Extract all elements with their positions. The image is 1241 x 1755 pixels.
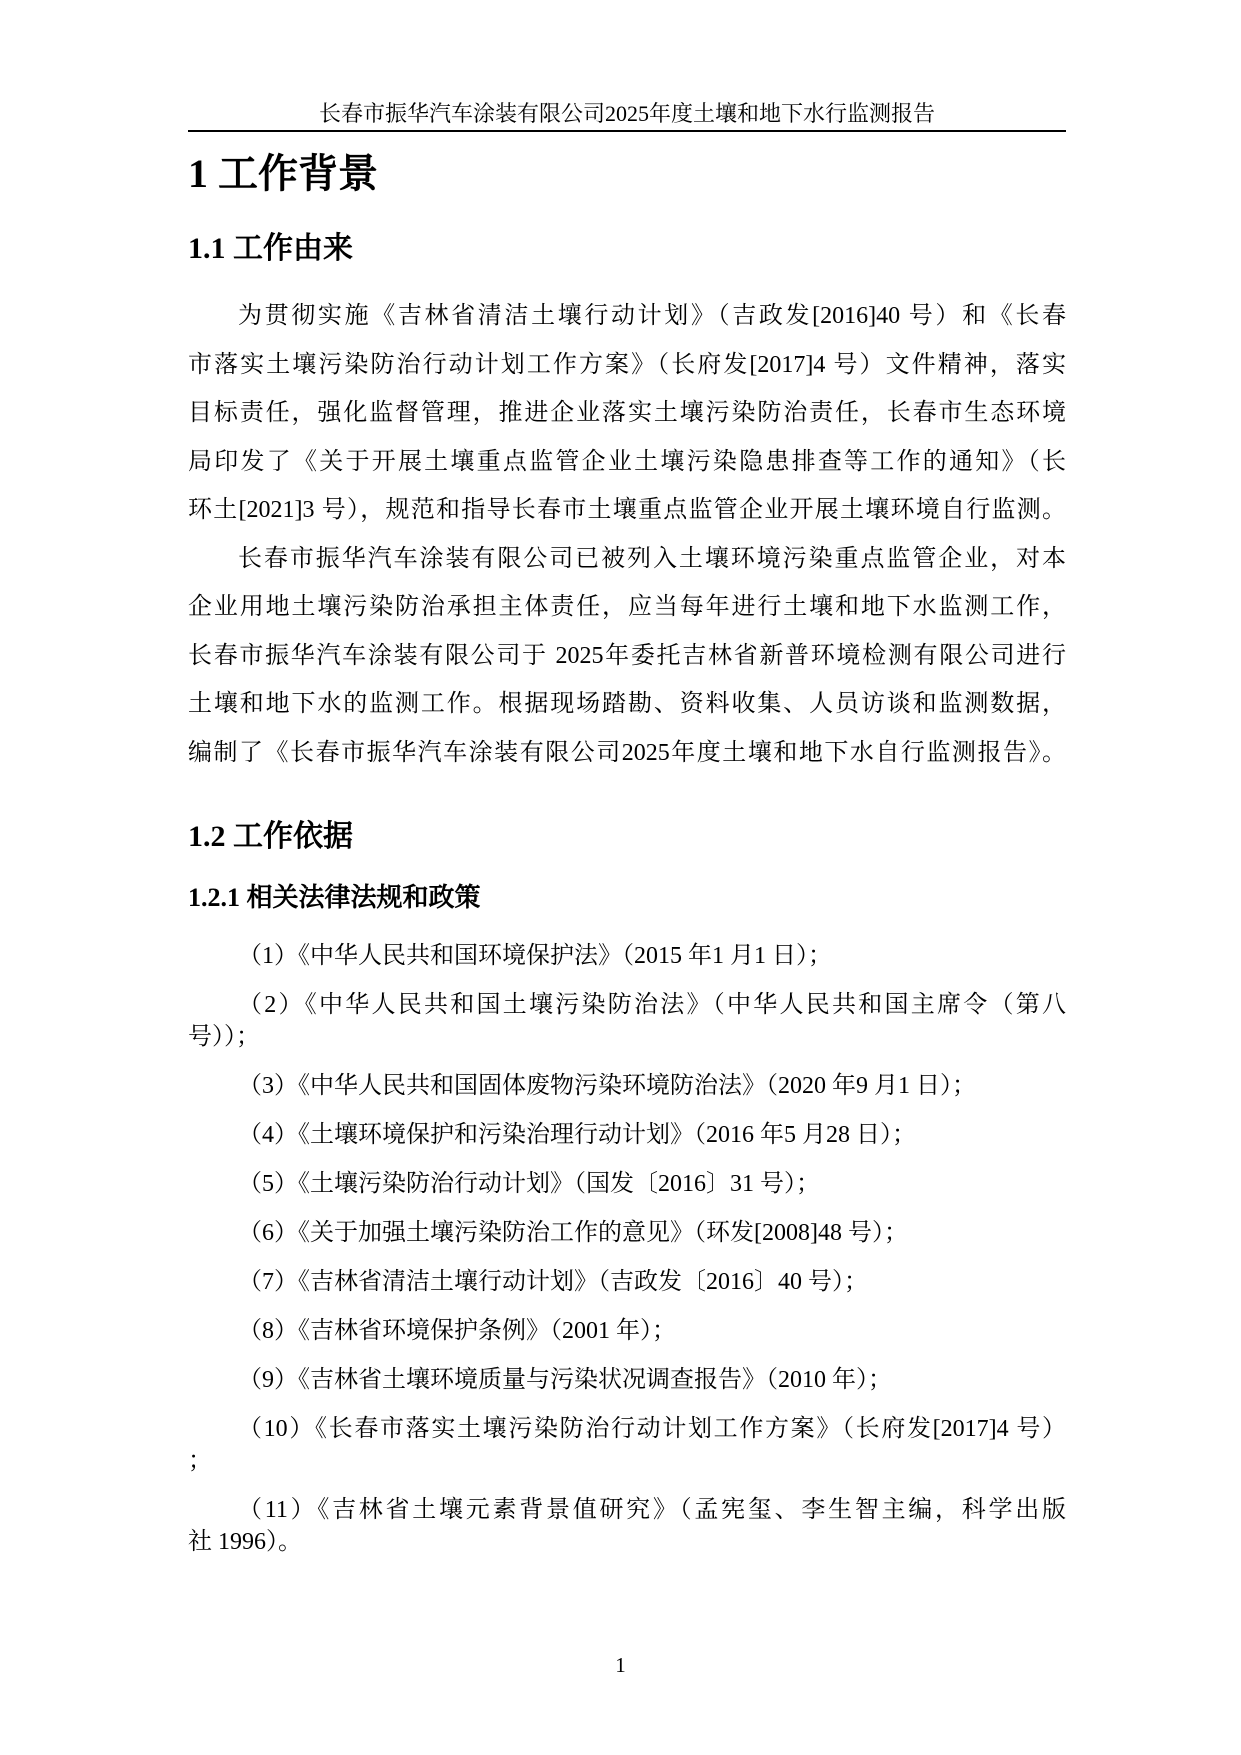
- law-item-5: （5）《土壤污染防治行动计划》（国发〔2016〕31 号）；: [188, 1168, 1066, 1200]
- running-header: 长春市振华汽车涂装有限公司2025年度土壤和地下水行监测报告: [188, 100, 1066, 132]
- law-item-9: （9）《吉林省土壤环境质量与污染状况调查报告》（2010 年）；: [188, 1364, 1066, 1396]
- law-item-line: （10）《长春市落实土壤污染防治行动计划工作方案》（长府发[2017]4 号）: [188, 1413, 1066, 1445]
- law-item-8: （8）《吉林省环境保护条例》（2001 年）；: [188, 1315, 1066, 1347]
- heading-1-2-1-laws-and-policies: 1.2.1 相关法律法规和政策: [188, 882, 1066, 914]
- paragraph-work-origin-1: 为贯彻实施《吉林省清洁土壤行动计划》（吉政发[2016]40 号）和《长春 市落…: [188, 292, 1066, 535]
- law-item-7: （7）《吉林省清洁土壤行动计划》（吉政发〔2016〕40 号）；: [188, 1266, 1066, 1298]
- law-item-line: ；: [188, 1445, 1066, 1477]
- law-item-6: （6）《关于加强土壤污染防治工作的意见》（环发[2008]48 号）；: [188, 1217, 1066, 1249]
- paragraph-line: 目标责任，强化监督管理，推进企业落实土壤污染防治责任，长春市生态环境: [188, 389, 1066, 438]
- heading-1-work-background: 1 工作背景: [188, 149, 1066, 199]
- law-item-4: （4）《土壤环境保护和污染治理行动计划》（2016 年5 月28 日）；: [188, 1119, 1066, 1151]
- law-item-line: 社 1996）。: [188, 1526, 1066, 1558]
- paragraph-line: 为贯彻实施《吉林省清洁土壤行动计划》（吉政发[2016]40 号）和《长春: [188, 292, 1066, 341]
- document-page: 长春市振华汽车涂装有限公司2025年度土壤和地下水行监测报告 1 工作背景 1.…: [0, 0, 1241, 1755]
- paragraph-line: 土壤和地下水的监测工作。根据现场踏勘、资料收集、人员访谈和监测数据，: [188, 680, 1066, 729]
- law-item-line: （5）《土壤污染防治行动计划》（国发〔2016〕31 号）；: [188, 1168, 1066, 1200]
- law-item-3: （3）《中华人民共和国固体废物污染环境防治法》（2020 年9 月1 日）；: [188, 1070, 1066, 1102]
- law-list: （1）《中华人民共和国环境保护法》（2015 年1 月1 日）； （2）《中华人…: [188, 940, 1066, 1558]
- running-header-title: 长春市振华汽车涂装有限公司2025年度土壤和地下水行监测报告: [319, 101, 935, 126]
- paragraph-line: 环土[2021]3 号），规范和指导长春市土壤重点监管企业开展土壤环境自行监测。: [188, 486, 1066, 535]
- paragraph-line: 企业用地土壤污染防治承担主体责任，应当每年进行土壤和地下水监测工作，: [188, 583, 1066, 632]
- law-item-line: （8）《吉林省环境保护条例》（2001 年）；: [188, 1315, 1066, 1347]
- paragraph-work-origin-2: 长春市振华汽车涂装有限公司已被列入土壤环境污染重点监管企业，对本 企业用地土壤污…: [188, 535, 1066, 778]
- heading-1-2-work-basis: 1.2 工作依据: [188, 818, 1066, 856]
- law-item-11: （11）《吉林省土壤元素背景值研究》（孟宪玺、李生智主编，科学出版 社 1996…: [188, 1494, 1066, 1558]
- law-item-line: （11）《吉林省土壤元素背景值研究》（孟宪玺、李生智主编，科学出版: [188, 1494, 1066, 1526]
- paragraph-line: 局印发了《关于开展土壤重点监管企业土壤污染隐患排查等工作的通知》（长: [188, 438, 1066, 487]
- paragraph-line: 编制了《长春市振华汽车涂装有限公司2025年度土壤和地下水自行监测报告》。: [188, 729, 1066, 778]
- paragraph-line: 长春市振华汽车涂装有限公司已被列入土壤环境污染重点监管企业，对本: [188, 535, 1066, 584]
- law-item-10: （10）《长春市落实土壤污染防治行动计划工作方案》（长府发[2017]4 号） …: [188, 1413, 1066, 1477]
- law-item-line: （4）《土壤环境保护和污染治理行动计划》（2016 年5 月28 日）；: [188, 1119, 1066, 1151]
- law-item-line: （1）《中华人民共和国环境保护法》（2015 年1 月1 日）；: [188, 940, 1066, 972]
- law-item-line: （3）《中华人民共和国固体废物污染环境防治法》（2020 年9 月1 日）；: [188, 1070, 1066, 1102]
- law-item-line: 号））；: [188, 1021, 1066, 1053]
- law-item-2: （2）《中华人民共和国土壤污染防治法》（中华人民共和国主席令（第八 号））；: [188, 989, 1066, 1053]
- heading-1-1-work-origin: 1.1 工作由来: [188, 230, 1066, 268]
- law-item-line: （9）《吉林省土壤环境质量与污染状况调查报告》（2010 年）；: [188, 1364, 1066, 1396]
- paragraph-line: 长春市振华汽车涂装有限公司于 2025年委托吉林省新普环境检测有限公司进行: [188, 632, 1066, 681]
- paragraph-line: 市落实土壤污染防治行动计划工作方案》（长府发[2017]4 号）文件精神，落实: [188, 341, 1066, 390]
- page-number: 1: [0, 1652, 1241, 1678]
- page-content: 长春市振华汽车涂装有限公司2025年度土壤和地下水行监测报告 1 工作背景 1.…: [188, 0, 1066, 1575]
- law-item-line: （2）《中华人民共和国土壤污染防治法》（中华人民共和国主席令（第八: [188, 989, 1066, 1021]
- law-item-line: （6）《关于加强土壤污染防治工作的意见》（环发[2008]48 号）；: [188, 1217, 1066, 1249]
- law-item-1: （1）《中华人民共和国环境保护法》（2015 年1 月1 日）；: [188, 940, 1066, 972]
- law-item-line: （7）《吉林省清洁土壤行动计划》（吉政发〔2016〕40 号）；: [188, 1266, 1066, 1298]
